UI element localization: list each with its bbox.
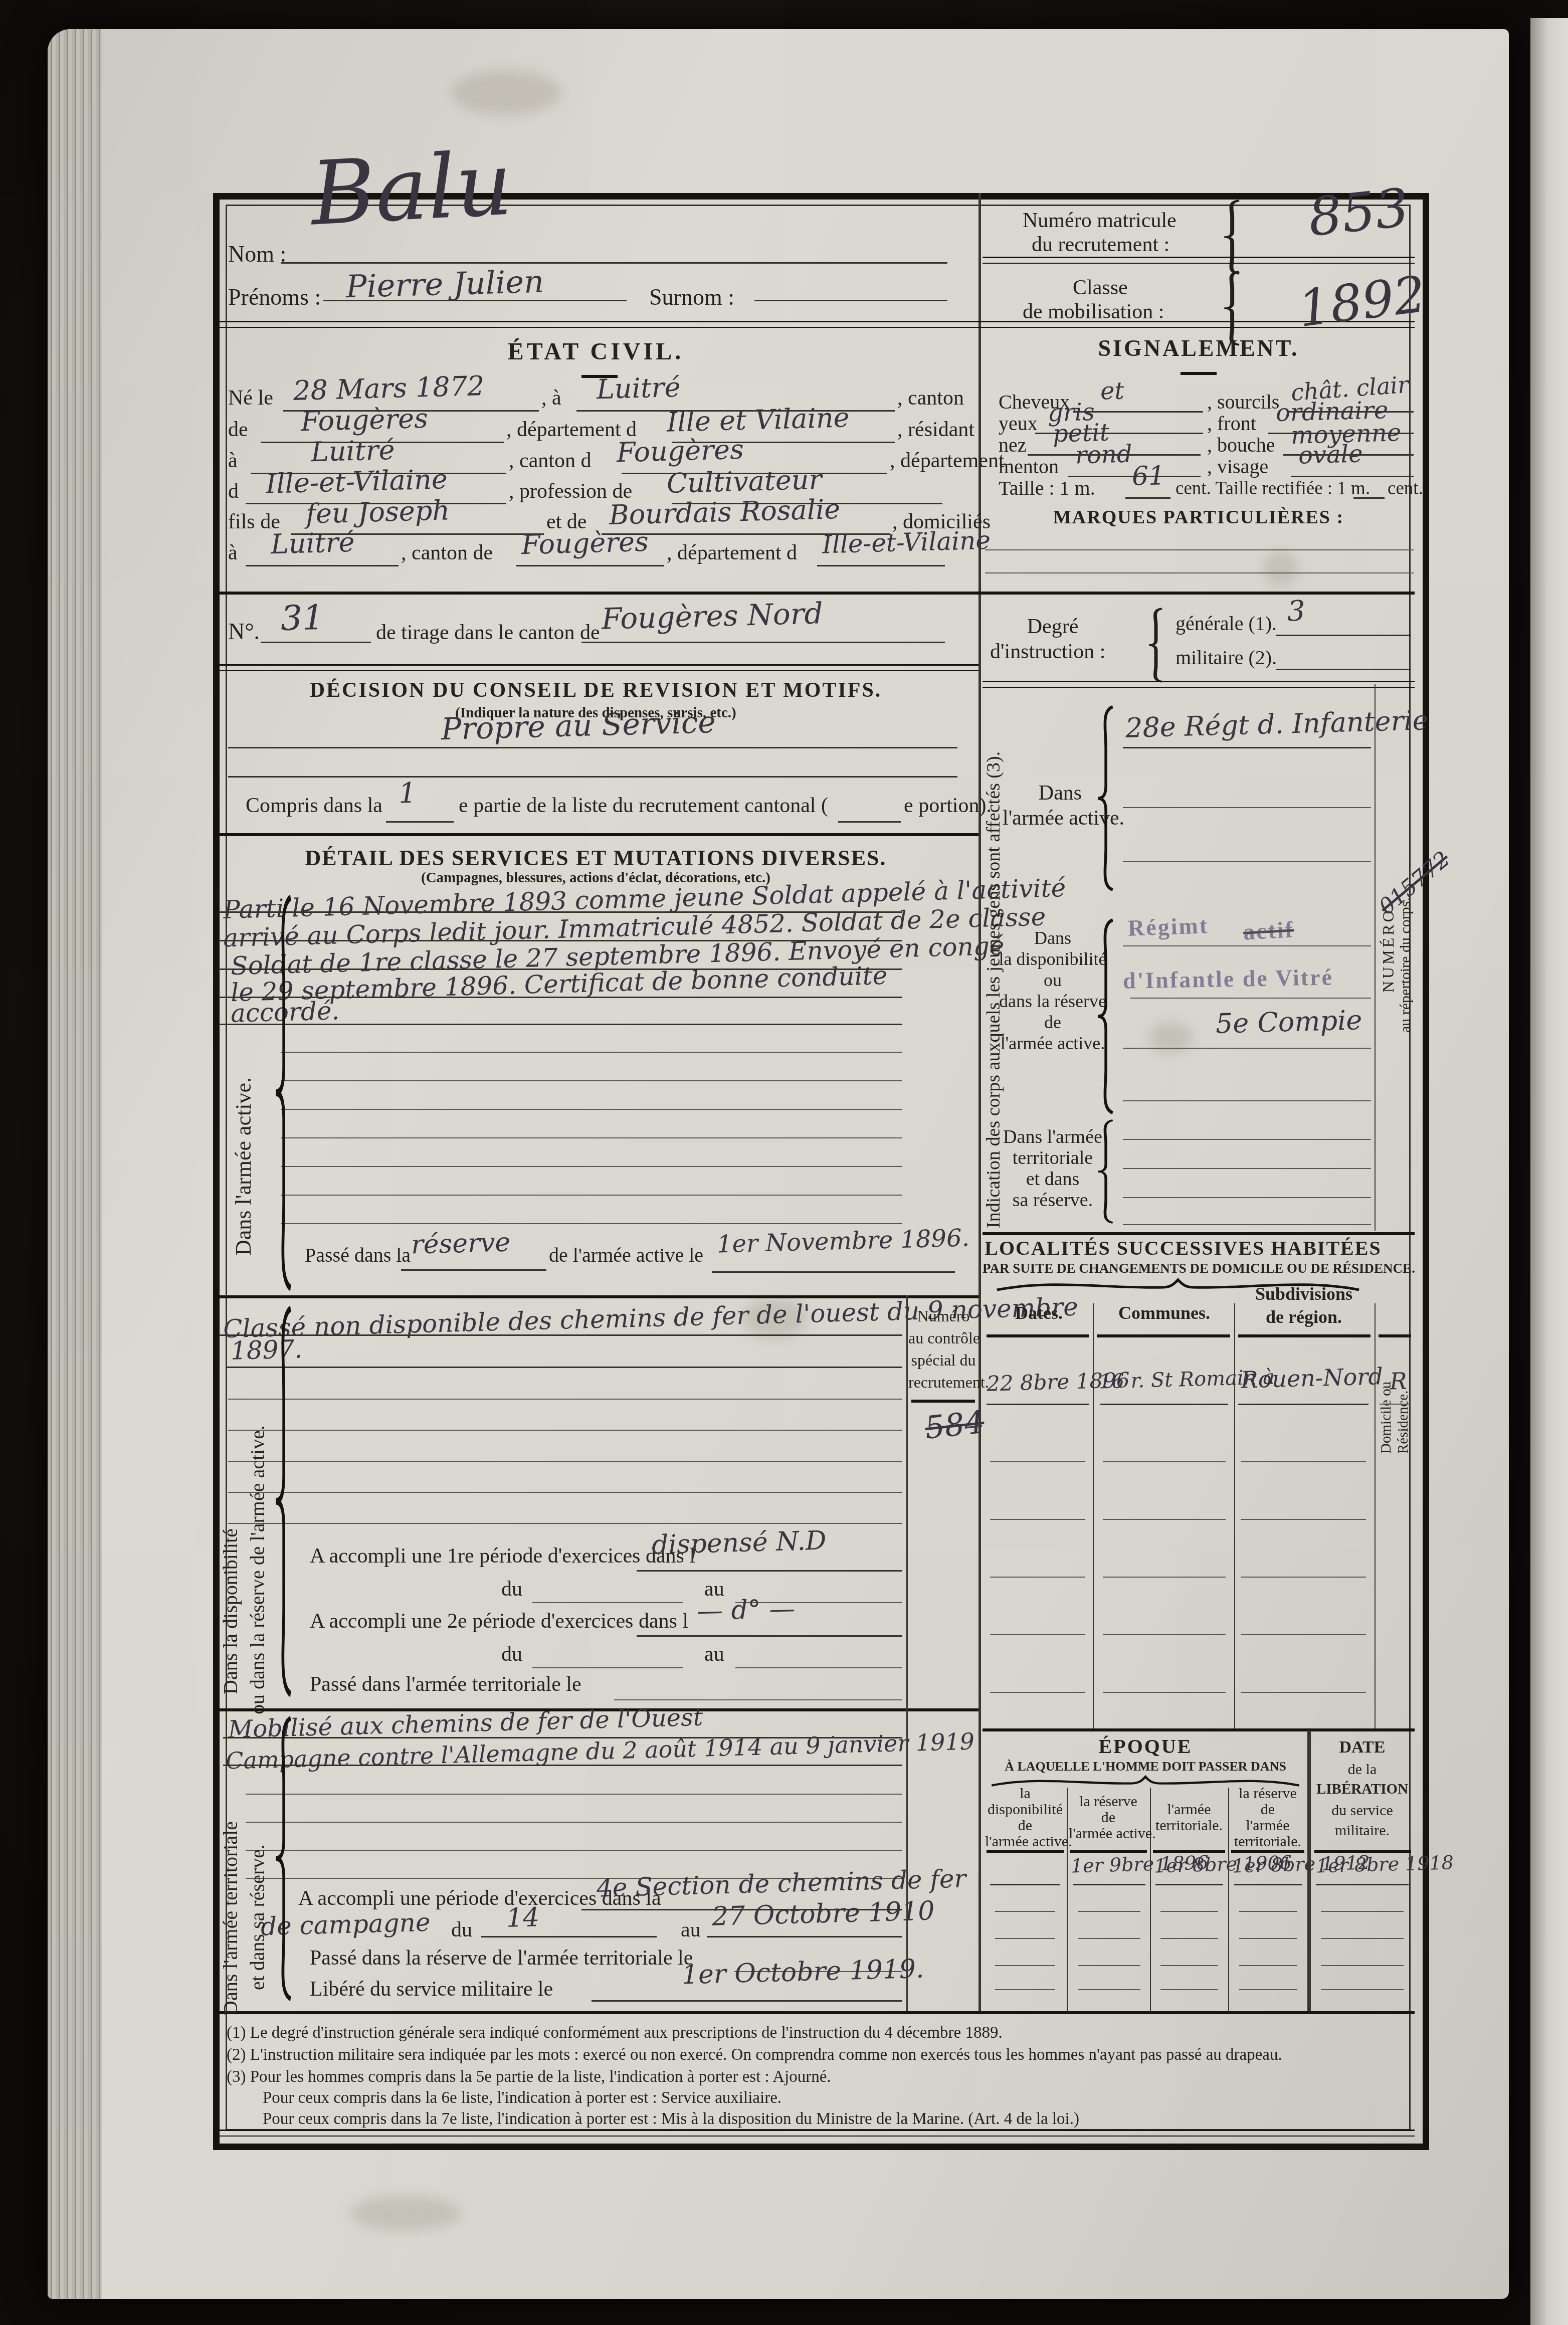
rule xyxy=(1321,1965,1404,1966)
rule xyxy=(219,911,902,913)
field-value: 28 Mars 1872 xyxy=(293,372,485,405)
surnom-label: Surnom : xyxy=(649,285,734,310)
rule xyxy=(261,642,371,643)
rule xyxy=(1276,635,1411,636)
rule xyxy=(1123,1139,1371,1140)
rule xyxy=(1239,1989,1297,1990)
numero-column-line xyxy=(1375,684,1376,1231)
du-label: du xyxy=(451,1919,472,1942)
rule xyxy=(219,968,902,970)
rule xyxy=(637,1570,902,1572)
rule xyxy=(985,549,1414,550)
rule xyxy=(219,1334,902,1336)
g2-label-5: de xyxy=(993,1013,1113,1032)
col-subdivisions-2: de région. xyxy=(1238,1307,1369,1327)
stamp-actif-struck: actif xyxy=(1243,916,1295,945)
controle-header-4: recrutement. xyxy=(908,1374,978,1391)
rule xyxy=(1239,1965,1297,1966)
brace-icon xyxy=(1097,917,1114,1115)
dispo-bracket-label-1: Dans la disponibilité xyxy=(220,1343,241,1694)
field-value: Bourdais Rosalie xyxy=(609,496,841,529)
rule xyxy=(990,1634,1085,1635)
prenoms-label: Prénoms : xyxy=(228,285,321,310)
controle-header-1: Numéro xyxy=(908,1307,978,1325)
rule xyxy=(1276,669,1411,670)
rule xyxy=(581,642,945,643)
au-value: 27 Octobre 1910 xyxy=(711,1898,935,1930)
rule xyxy=(1123,1224,1371,1225)
header-rule xyxy=(987,1334,1089,1337)
generale-value: 3 xyxy=(1287,598,1305,626)
rule xyxy=(990,1519,1085,1520)
divider-heavy xyxy=(983,1728,1415,1731)
passe-reserve-terr-label: Passé dans la réserve de l'armée territo… xyxy=(310,1947,693,1970)
brace-icon xyxy=(275,1303,292,1699)
services-title: DÉTAIL DES SERVICES ET MUTATIONS DIVERSE… xyxy=(213,846,978,870)
rule xyxy=(226,1367,902,1368)
field-value: Fougères xyxy=(616,436,744,467)
signalement-title: SIGNALEMENT. xyxy=(983,336,1415,361)
rule xyxy=(990,1461,1085,1462)
rule xyxy=(1241,1519,1366,1520)
rule xyxy=(228,1523,902,1524)
table-line xyxy=(1067,1788,1068,2011)
epoque-header: de xyxy=(985,1818,1065,1834)
passe-reserve-value: réserve xyxy=(411,1229,510,1258)
rule xyxy=(990,1577,1085,1578)
field-label: , canton d xyxy=(509,450,591,472)
brace-icon xyxy=(1097,704,1114,892)
col-subdivisions-1: Subdivisions xyxy=(1238,1284,1369,1304)
field-label: Né le xyxy=(228,387,273,410)
divider xyxy=(983,681,1415,688)
scanned-register-photo: Nom : Balu Prénoms : Pierre Julien Surno… xyxy=(0,0,1568,2325)
rule xyxy=(246,1850,902,1851)
rule xyxy=(532,1602,683,1603)
field-value: Fougères xyxy=(300,405,428,436)
periode1-value: dispensé N.D xyxy=(651,1527,827,1558)
decision-value: Propre au Service xyxy=(441,707,716,744)
localites-subtitle: PAR SUITE DE CHANGEMENTS DE DOMICILE OU … xyxy=(983,1261,1384,1276)
divider-heavy xyxy=(219,833,978,836)
stamp-regiment: Régimt xyxy=(1127,912,1209,941)
rule xyxy=(987,1404,1089,1405)
g3-label-3: et dans xyxy=(993,1169,1113,1190)
rule xyxy=(637,1635,902,1637)
g3-label-4: sa réserve. xyxy=(993,1190,1113,1211)
rule xyxy=(219,1024,902,1025)
brace-icon xyxy=(1148,608,1163,683)
epoque-header: l'armée active. xyxy=(985,1834,1065,1850)
rule xyxy=(1291,476,1414,477)
classe-value: 1892 xyxy=(1296,269,1429,334)
header-rule xyxy=(987,1850,1064,1853)
rule xyxy=(401,1269,546,1271)
date-liberation-header: LIBÉRATION xyxy=(1313,1782,1411,1797)
rule xyxy=(1239,1938,1297,1939)
tirage-canton-value: Fougères Nord xyxy=(601,599,823,634)
date-liberation-header: de la xyxy=(1313,1762,1411,1778)
row-subdivision: Rouen-Nord xyxy=(1240,1365,1383,1391)
g2-label-1: Dans xyxy=(993,928,1113,948)
territoriale-bracket-label-2: et dans sa réserve. xyxy=(247,1760,268,1990)
controle-header-2: au contrôle xyxy=(908,1329,978,1347)
rule xyxy=(1123,1048,1371,1049)
rule xyxy=(707,1936,902,1937)
armee-active-bracket-label: Dans l'armée active. xyxy=(232,995,256,1256)
row-dr: R xyxy=(1389,1370,1407,1393)
rule xyxy=(1103,1577,1226,1578)
rule xyxy=(1321,1989,1404,1990)
du-label: du xyxy=(501,1643,522,1666)
field-label: cent. xyxy=(1388,479,1423,499)
generale-label: générale (1). xyxy=(1175,613,1277,634)
field-value: 61 xyxy=(1131,463,1165,490)
classe-label-1: Classe xyxy=(1073,277,1128,299)
au-label: au xyxy=(704,1643,724,1666)
brace-icon xyxy=(275,892,292,1293)
rule xyxy=(1073,1884,1145,1885)
militaire-label: militaire (2). xyxy=(1175,647,1277,668)
compris-label-3: e portion). xyxy=(904,795,992,817)
g2-label-6: l'armée active. xyxy=(993,1034,1113,1053)
epoque-header: territoriale. xyxy=(1230,1834,1305,1850)
rule xyxy=(246,1822,902,1823)
field-label: , à xyxy=(541,387,561,410)
rule xyxy=(386,821,454,823)
footnote-3: (3) Pour les hommes compris dans la 5e p… xyxy=(227,2068,831,2086)
matricule-value: 853 xyxy=(1306,181,1411,244)
g1-value: 28e Régt d. Infanterie xyxy=(1125,707,1429,742)
periode1-label: A accompli une 1re période d'exercices d… xyxy=(310,1545,695,1568)
rule xyxy=(817,565,945,566)
field-label: cent. Taille rectifiée : 1 m. xyxy=(1175,479,1370,499)
rule xyxy=(516,565,664,566)
rule xyxy=(1103,1634,1226,1635)
passe-reserve-label: Passé dans la xyxy=(305,1244,411,1266)
compris-value: 1 xyxy=(398,780,417,808)
rule xyxy=(1103,1461,1226,1462)
passe-territoriale-label: Passé dans l'armée territoriale le xyxy=(310,1673,581,1696)
epoque-header: de xyxy=(1230,1802,1305,1818)
brace-icon xyxy=(1223,271,1240,346)
rule xyxy=(281,1109,902,1110)
field-label: à xyxy=(228,450,238,472)
rule xyxy=(1321,1938,1404,1939)
table-line xyxy=(1228,1788,1229,2011)
compagnie-value: 5e Compie xyxy=(1215,1007,1362,1038)
libere-label: Libéré du service militaire le xyxy=(310,1978,553,2001)
prenoms-value: Pierre Julien xyxy=(345,266,544,302)
degre-label-1: Degré xyxy=(1013,616,1093,638)
brace-icon xyxy=(1097,1119,1114,1224)
table-line xyxy=(1093,1303,1094,1728)
field-value: Cultivateur xyxy=(666,466,822,497)
decision-title: DÉCISION DU CONSEIL DE REVISION ET MOTIF… xyxy=(213,679,978,702)
periode2-value: — d° — xyxy=(696,1596,796,1624)
footnote-1: (1) Le degré d'instruction générale sera… xyxy=(227,2024,1003,2042)
rule xyxy=(990,1884,1060,1885)
rule xyxy=(838,821,901,823)
rule xyxy=(1353,497,1385,499)
marques-label: MARQUES PARTICULIÈRES : xyxy=(983,507,1415,528)
field-value: rond xyxy=(1075,442,1132,468)
rule xyxy=(281,1137,902,1138)
col-dates: Dates. xyxy=(990,1303,1088,1323)
header-rule xyxy=(1097,1334,1230,1337)
footnote-5: Pour ceux compris dans la 7e liste, l'in… xyxy=(263,2110,1079,2128)
brace-icon xyxy=(275,1714,292,2003)
territoriale-bracket-label-1: Dans l'armée territoriale xyxy=(220,1734,241,2015)
rule xyxy=(1123,1100,1371,1101)
libere-value: 1er Octobre 1919. xyxy=(681,1956,924,1989)
rule xyxy=(1234,1884,1302,1885)
date-liberation-header: DATE xyxy=(1313,1738,1411,1757)
rule xyxy=(1078,1989,1140,1990)
next-page-edge xyxy=(1530,18,1568,2325)
au-label: au xyxy=(681,1919,701,1942)
stamp-infanterie-vitre: d'Infantle de Vitré xyxy=(1123,963,1334,994)
field-label: d xyxy=(228,480,239,503)
rule xyxy=(1123,1197,1371,1198)
rule xyxy=(228,1399,902,1400)
rule xyxy=(614,1699,902,1700)
rule xyxy=(323,300,627,301)
date-liberation-header: du service xyxy=(1313,1803,1411,1819)
header-rule xyxy=(1379,1334,1411,1337)
du-value: 14 xyxy=(506,1904,540,1931)
epoque-header: de xyxy=(1069,1810,1148,1826)
rule xyxy=(228,776,957,778)
degre-label-2: d'instruction : xyxy=(990,641,1105,663)
field-label: , sourcils xyxy=(1207,391,1279,413)
rule xyxy=(1321,1911,1404,1912)
g1-label-1: Dans xyxy=(1028,782,1093,805)
epoque-header: l'armée active. xyxy=(1069,1826,1148,1842)
g3-label-1: Dans l'armée xyxy=(993,1127,1113,1147)
rule xyxy=(592,2000,902,2002)
divider-heavy xyxy=(219,592,1415,595)
epoque-header: disponibilité xyxy=(985,1802,1065,1818)
rule xyxy=(1123,945,1371,946)
tirage-no-value: 31 xyxy=(280,601,324,636)
epoque-header: l'armée xyxy=(1230,1818,1305,1834)
epoque-subtitle: À LAQUELLE L'HOMME DOIT PASSER DANS xyxy=(983,1760,1308,1774)
rule xyxy=(481,1936,657,1937)
rule xyxy=(1130,998,1371,999)
rule xyxy=(1103,1519,1226,1520)
divider-heavy xyxy=(983,1232,1415,1235)
rule xyxy=(219,997,902,998)
g2-label-3: ou xyxy=(993,971,1113,990)
rule xyxy=(228,1492,902,1493)
epoque-header: territoriale. xyxy=(1152,1818,1226,1834)
controle-header-3: spécial du xyxy=(908,1351,978,1369)
rule xyxy=(1241,1461,1366,1462)
classe-label-2: de mobilisation : xyxy=(1023,301,1164,323)
rule xyxy=(532,1667,683,1668)
paper-stain xyxy=(351,2196,461,2231)
field-label: à xyxy=(228,542,238,564)
dispo-bracket-label-2: ou dans la réserve de l'armée active. xyxy=(247,1323,268,1714)
field-label: menton xyxy=(999,456,1059,477)
localites-title: LOCALITÉS SUCCESSIVES HABITÉES xyxy=(983,1237,1384,1259)
rule xyxy=(281,262,947,264)
field-label: , front xyxy=(1207,413,1256,434)
rule xyxy=(1155,1884,1223,1885)
rule xyxy=(281,1195,902,1196)
rule xyxy=(1123,1168,1371,1169)
matricule-label-1: Numéro matricule xyxy=(1023,210,1177,232)
epoque-value: 1er 8bre 1918 xyxy=(1316,1853,1454,1875)
rule xyxy=(228,747,957,748)
epoque-title: ÉPOQUE xyxy=(983,1735,1308,1757)
rule xyxy=(1160,1965,1218,1966)
field-label: , département d xyxy=(667,542,797,564)
rule xyxy=(754,300,947,301)
nom-label: Nom : xyxy=(228,242,286,267)
rule xyxy=(1241,1692,1366,1693)
g2-label-2: la disponibilité xyxy=(993,949,1113,969)
rule xyxy=(219,940,902,941)
passe-reserve-date: 1er Novembre 1896. xyxy=(716,1226,969,1256)
compris-label: Compris dans la xyxy=(246,795,382,817)
passe-reserve-label-2: de l'armée active le xyxy=(549,1244,703,1266)
rule xyxy=(1125,497,1170,499)
rule xyxy=(1239,1911,1297,1912)
rule xyxy=(995,1989,1055,1990)
rule xyxy=(712,1271,955,1273)
controle-value: 584 xyxy=(923,1407,986,1444)
paper-stain xyxy=(451,70,561,115)
date-liberation-header: militaire. xyxy=(1313,1823,1411,1839)
field-label: de xyxy=(228,419,248,441)
g3-label-2: territoriale xyxy=(993,1148,1113,1169)
rule xyxy=(1160,1911,1218,1912)
divider-heavy xyxy=(219,2011,1415,2014)
epoque-header: l'armée xyxy=(1152,1802,1226,1818)
rule xyxy=(1160,1938,1218,1939)
rule xyxy=(246,565,399,566)
rule xyxy=(1238,1404,1368,1405)
field-label: , résidant xyxy=(897,419,974,441)
field-label: , bouche xyxy=(1207,434,1275,456)
rule xyxy=(1078,1911,1140,1912)
col-communes: Communes. xyxy=(1100,1303,1228,1323)
rule xyxy=(1241,1634,1366,1635)
field-value: ovale xyxy=(1298,442,1363,467)
g2-label-4: dans la réserve xyxy=(993,992,1113,1011)
footnote-2: (2) L'instruction militaire sera indiqué… xyxy=(227,2046,1282,2064)
rule xyxy=(985,572,1414,573)
field-value: Luitré xyxy=(310,437,395,466)
header-rule xyxy=(1238,1334,1370,1337)
matricule-label-2: du recrutement : xyxy=(1032,234,1169,256)
rule xyxy=(1380,1404,1410,1405)
rule xyxy=(281,1080,902,1081)
nom-value: Balu xyxy=(309,140,514,239)
rule xyxy=(1160,1989,1218,1990)
rule xyxy=(1123,807,1371,808)
rule xyxy=(281,1166,902,1167)
book-fore-edge xyxy=(48,29,102,2299)
compris-label-2: e partie de la liste du recrutement cant… xyxy=(459,795,828,817)
field-label: , département xyxy=(890,450,1005,472)
field-value: et xyxy=(1100,378,1124,403)
periode2-label: A accompli une 2e période d'exercices da… xyxy=(310,1610,688,1633)
title-dash xyxy=(1181,372,1217,375)
rule xyxy=(1100,1404,1228,1405)
rule xyxy=(995,1965,1055,1966)
rule xyxy=(281,1052,902,1053)
epoque-header: la réserve xyxy=(1069,1794,1148,1810)
divider xyxy=(219,2129,1415,2137)
epoque-header: la réserve xyxy=(1230,1786,1305,1802)
rule xyxy=(1078,1938,1140,1939)
field-value: feu Joseph xyxy=(305,497,450,527)
rule xyxy=(995,1938,1055,1939)
rule xyxy=(990,1692,1085,1693)
divider xyxy=(219,664,978,671)
rule xyxy=(1103,1692,1226,1693)
rule xyxy=(228,1461,902,1462)
footnote-4: Pour ceux compris dans la 6e liste, l'in… xyxy=(263,2089,781,2107)
rule xyxy=(1123,861,1371,862)
field-value: Ille-et-Vilaine xyxy=(265,466,448,497)
etat-civil-title: ÉTAT CIVIL. xyxy=(213,339,978,365)
tirage-no-label: N°. xyxy=(228,619,260,644)
field-label: , canton xyxy=(897,387,964,410)
rule xyxy=(1078,1965,1140,1966)
divider xyxy=(983,257,1415,264)
du-label: du xyxy=(501,1578,522,1601)
field-value: Fougères xyxy=(521,528,649,559)
table-line xyxy=(1150,1788,1151,2011)
header-rule xyxy=(1070,1850,1147,1853)
field-label: Taille : 1 m. xyxy=(999,477,1095,499)
rule xyxy=(1241,1577,1366,1578)
rule xyxy=(995,1911,1055,1912)
field-value: Ille-et-Vilaine xyxy=(822,528,991,557)
rule xyxy=(281,1223,902,1224)
field-label: nez xyxy=(999,434,1027,456)
field-value: Luitré xyxy=(596,374,681,403)
rule xyxy=(223,1765,902,1766)
field-label: yeux xyxy=(999,413,1038,434)
rule xyxy=(735,1667,902,1668)
rule xyxy=(228,1430,902,1431)
field-label: , visage xyxy=(1207,456,1268,477)
rule xyxy=(246,1794,902,1795)
tirage-label: de tirage dans le canton de xyxy=(376,622,600,644)
epoque-header: la xyxy=(985,1786,1065,1802)
field-value: Luitré xyxy=(270,529,355,558)
rule xyxy=(1123,747,1371,748)
rule xyxy=(1316,1884,1409,1885)
field-label: , canton de xyxy=(401,542,493,564)
rule-heavy xyxy=(911,1400,975,1403)
field-value: Ille et Vilaine xyxy=(666,404,850,436)
